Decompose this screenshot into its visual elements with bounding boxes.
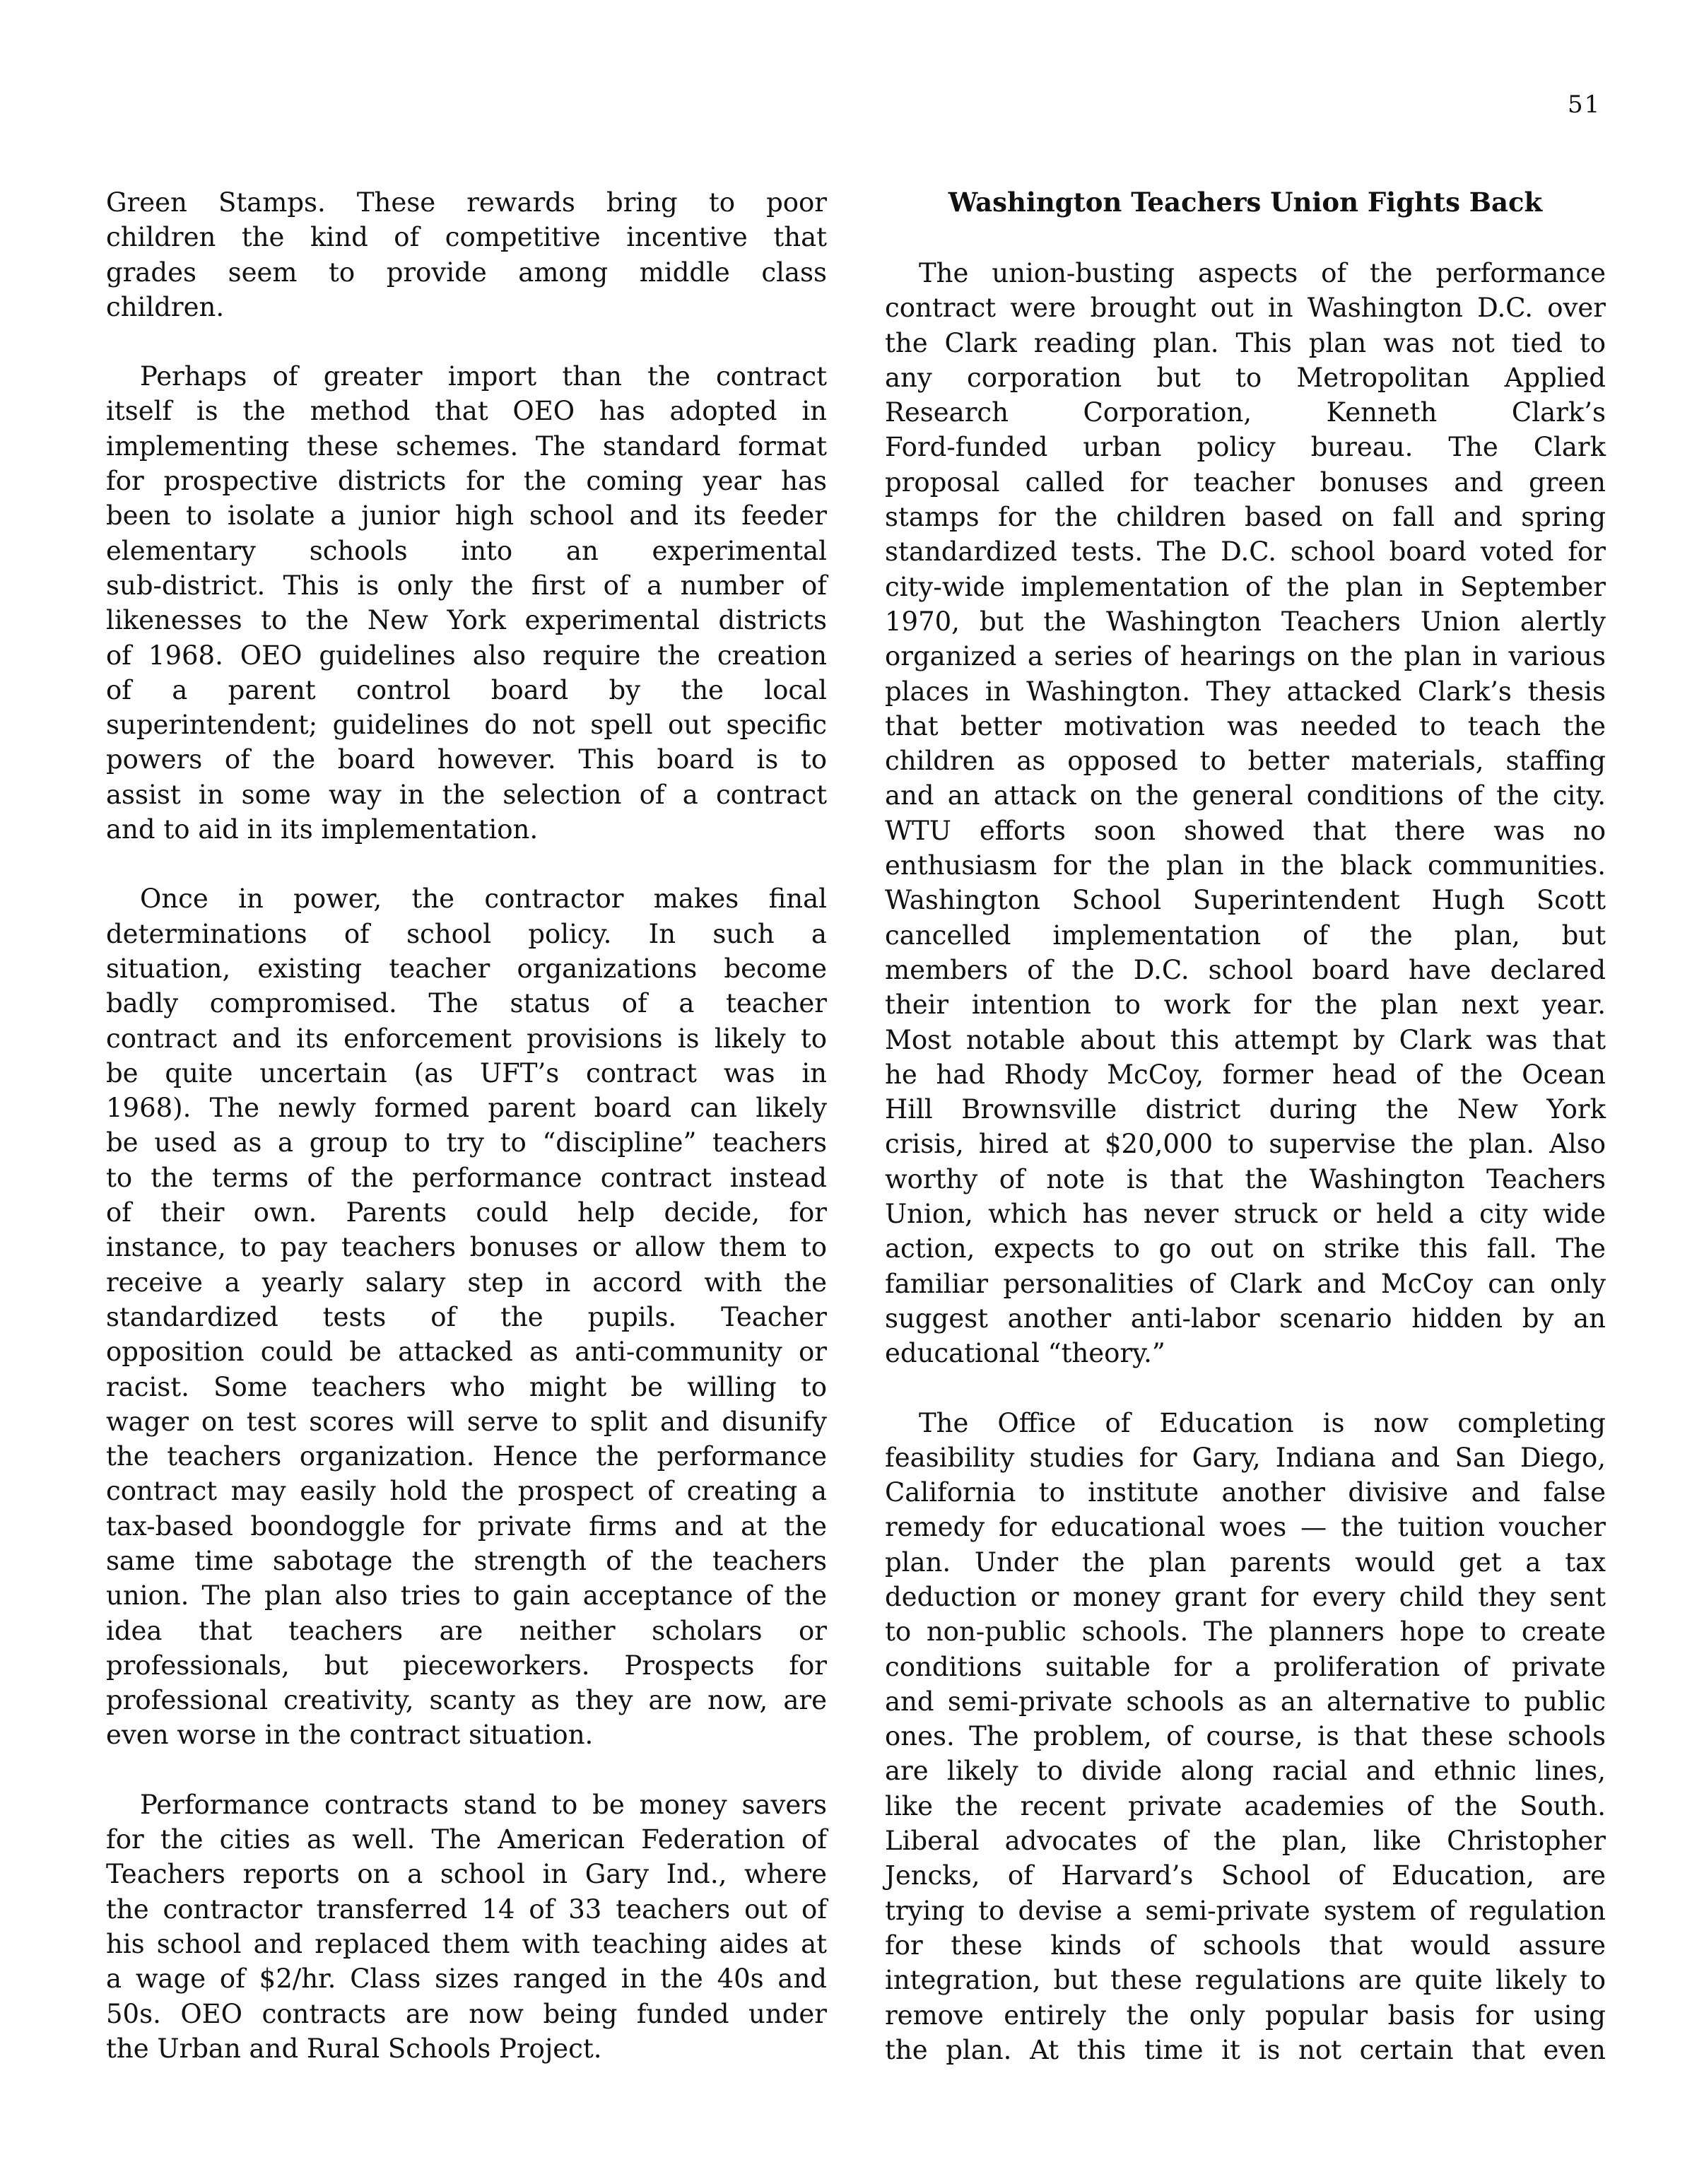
text-line: contract were brought out in Washington …: [885, 290, 1606, 325]
text-line: remove entirely the only popular basis f…: [885, 1998, 1606, 2033]
page-number: 51: [1568, 90, 1601, 119]
text-line: the teachers organization. Hence the per…: [106, 1439, 827, 1474]
text-line: same time sabotage the strength of the t…: [106, 1544, 827, 1578]
text-line: familiar personalities of Clark and McCo…: [885, 1267, 1606, 1301]
text-line: children the kind of competitive incenti…: [106, 220, 827, 254]
text-line: elementary schools into an experimental: [106, 534, 827, 568]
text-line: sub-district. This is only the first of …: [106, 568, 827, 603]
paragraph: The Office of Education is now completin…: [885, 1406, 1606, 2068]
text-line: for prospective districts for the coming…: [106, 464, 827, 498]
text-line: stamps for the children based on fall an…: [885, 500, 1606, 534]
text-line: plan. Under the plan parents would get a…: [885, 1545, 1606, 1580]
right-column: Washington Teachers Union Fights Back Th…: [885, 185, 1606, 2102]
text-line: Teachers reports on a school in Gary Ind…: [106, 1857, 827, 1891]
text-line: deduction or money grant for every child…: [885, 1580, 1606, 1614]
text-line: of their own. Parents could help decide,…: [106, 1195, 827, 1230]
paragraph: The union-busting aspects of the perform…: [885, 256, 1606, 1371]
section-heading: Washington Teachers Union Fights Back: [885, 185, 1606, 219]
text-line: ones. The problem, of course, is that th…: [885, 1719, 1606, 1754]
text-line: instance, to pay teachers bonuses or all…: [106, 1230, 827, 1264]
text-line: feasibility studies for Gary, Indiana an…: [885, 1440, 1606, 1475]
text-line: he had Rhody McCoy, former head of the O…: [885, 1057, 1606, 1092]
text-line: implementing these schemes. The standard…: [106, 429, 827, 464]
text-line: the Clark reading plan. This plan was no…: [885, 326, 1606, 360]
text-line: Performance contracts stand to be money …: [106, 1787, 827, 1822]
text-line: Liberal advocates of the plan, like Chri…: [885, 1824, 1606, 1858]
text-line: opposition could be attacked as anti-com…: [106, 1334, 827, 1369]
text-line: Research Corporation, Kenneth Clark’s: [885, 395, 1606, 430]
text-line: be quite uncertain (as UFT’s contract wa…: [106, 1056, 827, 1091]
text-line: enthusiasm for the plan in the black com…: [885, 848, 1606, 883]
text-line: California to institute another divisive…: [885, 1475, 1606, 1510]
text-line: assist in some way in the selection of a…: [106, 777, 827, 812]
text-line: and an attack on the general conditions …: [885, 778, 1606, 813]
text-line: action, expects to go out on strike this…: [885, 1231, 1606, 1266]
text-line: be used as a group to try to “discipline…: [106, 1125, 827, 1160]
text-line: tax-based boondoggle for private firms a…: [106, 1509, 827, 1544]
text-line: like the recent private academies of the…: [885, 1789, 1606, 1824]
text-line: idea that teachers are neither scholars …: [106, 1614, 827, 1648]
text-line: integration, but these regulations are q…: [885, 1963, 1606, 1997]
text-line: any corporation but to Metropolitan Appl…: [885, 360, 1606, 395]
text-line: cancelled implementation of the plan, bu…: [885, 918, 1606, 953]
text-line: 1970, but the Washington Teachers Union …: [885, 604, 1606, 639]
text-line: to the terms of the performance contract…: [106, 1161, 827, 1195]
text-line: superintendent; guidelines do not spell …: [106, 708, 827, 742]
text-line: the plan. At this time it is not certain…: [885, 2033, 1606, 2067]
text-line: 50s. OEO contracts are now being funded …: [106, 1997, 827, 2031]
text-line: WTU efforts soon showed that there was n…: [885, 814, 1606, 848]
text-line: wager on test scores will serve to split…: [106, 1404, 827, 1439]
text-line: and semi-private schools as an alternati…: [885, 1684, 1606, 1719]
text-line: been to isolate a junior high school and…: [106, 498, 827, 533]
text-line: receive a yearly salary step in accord w…: [106, 1265, 827, 1300]
text-line: proposal called for teacher bonuses and …: [885, 465, 1606, 500]
text-line: to non-public schools. The planners hope…: [885, 1614, 1606, 1649]
text-line: Hill Brownsville district during the New…: [885, 1092, 1606, 1127]
text-line: situation, existing teacher organization…: [106, 951, 827, 986]
text-line: that better motivation was needed to tea…: [885, 709, 1606, 744]
text-line: a wage of $2/hr. Class sizes ranged in t…: [106, 1961, 827, 1996]
text-line: Green Stamps. These rewards bring to poo…: [106, 185, 827, 220]
text-line: are likely to divide along racial and et…: [885, 1754, 1606, 1788]
text-line: city-wide implementation of the plan in …: [885, 570, 1606, 604]
text-line: his school and replaced them with teachi…: [106, 1927, 827, 1961]
text-line: conditions suitable for a proliferation …: [885, 1650, 1606, 1684]
text-line: The Office of Education is now completin…: [885, 1406, 1606, 1440]
text-line: Union, which has never struck or held a …: [885, 1197, 1606, 1231]
text-line: likenesses to the New York experimental …: [106, 603, 827, 638]
text-line: powers of the board however. This board …: [106, 742, 827, 777]
text-line: and to aid in its implementation.: [106, 812, 827, 847]
text-line: of a parent control board by the local: [106, 673, 827, 708]
text-line: for these kinds of schools that would as…: [885, 1928, 1606, 1963]
text-line: children.: [106, 290, 827, 324]
text-line: itself is the method that OEO has adopte…: [106, 394, 827, 428]
text-line: places in Washington. They attacked Clar…: [885, 674, 1606, 709]
paragraph: Green Stamps. These rewards bring to poo…: [106, 185, 827, 324]
text-line: union. The plan also tries to gain accep…: [106, 1578, 827, 1613]
text-line: contract may easily hold the prospect of…: [106, 1474, 827, 1508]
text-line: standardized tests of the pupils. Teache…: [106, 1300, 827, 1334]
text-line: professionals, but pieceworkers. Prospec…: [106, 1648, 827, 1683]
text-line: standardized tests. The D.C. school boar…: [885, 534, 1606, 569]
text-line: trying to devise a semi-private system o…: [885, 1894, 1606, 1928]
text-line: for the cities as well. The American Fed…: [106, 1822, 827, 1857]
text-line: 1968). The newly formed parent board can…: [106, 1091, 827, 1125]
text-line: Perhaps of greater import than the contr…: [106, 359, 827, 394]
text-line: Once in power, the contractor makes fina…: [106, 881, 827, 916]
text-line: of 1968. OEO guidelines also require the…: [106, 638, 827, 673]
text-line: children as opposed to better materials,…: [885, 744, 1606, 778]
text-line: Washington School Superintendent Hugh Sc…: [885, 883, 1606, 917]
text-line: members of the D.C. school board have de…: [885, 953, 1606, 987]
text-line: the contractor transferred 14 of 33 teac…: [106, 1892, 827, 1927]
text-line: racist. Some teachers who might be willi…: [106, 1370, 827, 1404]
text-line: their intention to work for the plan nex…: [885, 987, 1606, 1022]
text-line: worthy of note is that the Washington Te…: [885, 1162, 1606, 1197]
left-column: Green Stamps. These rewards bring to poo…: [106, 185, 827, 2101]
paragraph: Performance contracts stand to be money …: [106, 1787, 827, 2066]
text-line: the Urban and Rural Schools Project.: [106, 2031, 827, 2066]
text-line: educational “theory.”: [885, 1336, 1606, 1370]
text-line: determinations of school policy. In such…: [106, 917, 827, 951]
text-line: contract and its enforcement provisions …: [106, 1021, 827, 1056]
text-line: badly compromised. The status of a teach…: [106, 986, 827, 1021]
text-line: even worse in the contract situation.: [106, 1718, 827, 1752]
text-line: grades seem to provide among middle clas…: [106, 255, 827, 290]
paragraph: Once in power, the contractor makes fina…: [106, 881, 827, 1752]
text-line: Ford-funded urban policy bureau. The Cla…: [885, 430, 1606, 464]
text-line: suggest another anti-labor scenario hidd…: [885, 1301, 1606, 1336]
text-line: organized a series of hearings on the pl…: [885, 639, 1606, 674]
text-line: Jencks, of Harvard’s School of Education…: [885, 1858, 1606, 1893]
text-line: remedy for educational woes — the tuitio…: [885, 1510, 1606, 1544]
paragraph: Perhaps of greater import than the contr…: [106, 359, 827, 847]
text-line: crisis, hired at $20,000 to supervise th…: [885, 1127, 1606, 1161]
text-line: Most notable about this attempt by Clark…: [885, 1023, 1606, 1057]
text-line: professional creativity, scanty as they …: [106, 1683, 827, 1718]
text-line: The union-busting aspects of the perform…: [885, 256, 1606, 290]
